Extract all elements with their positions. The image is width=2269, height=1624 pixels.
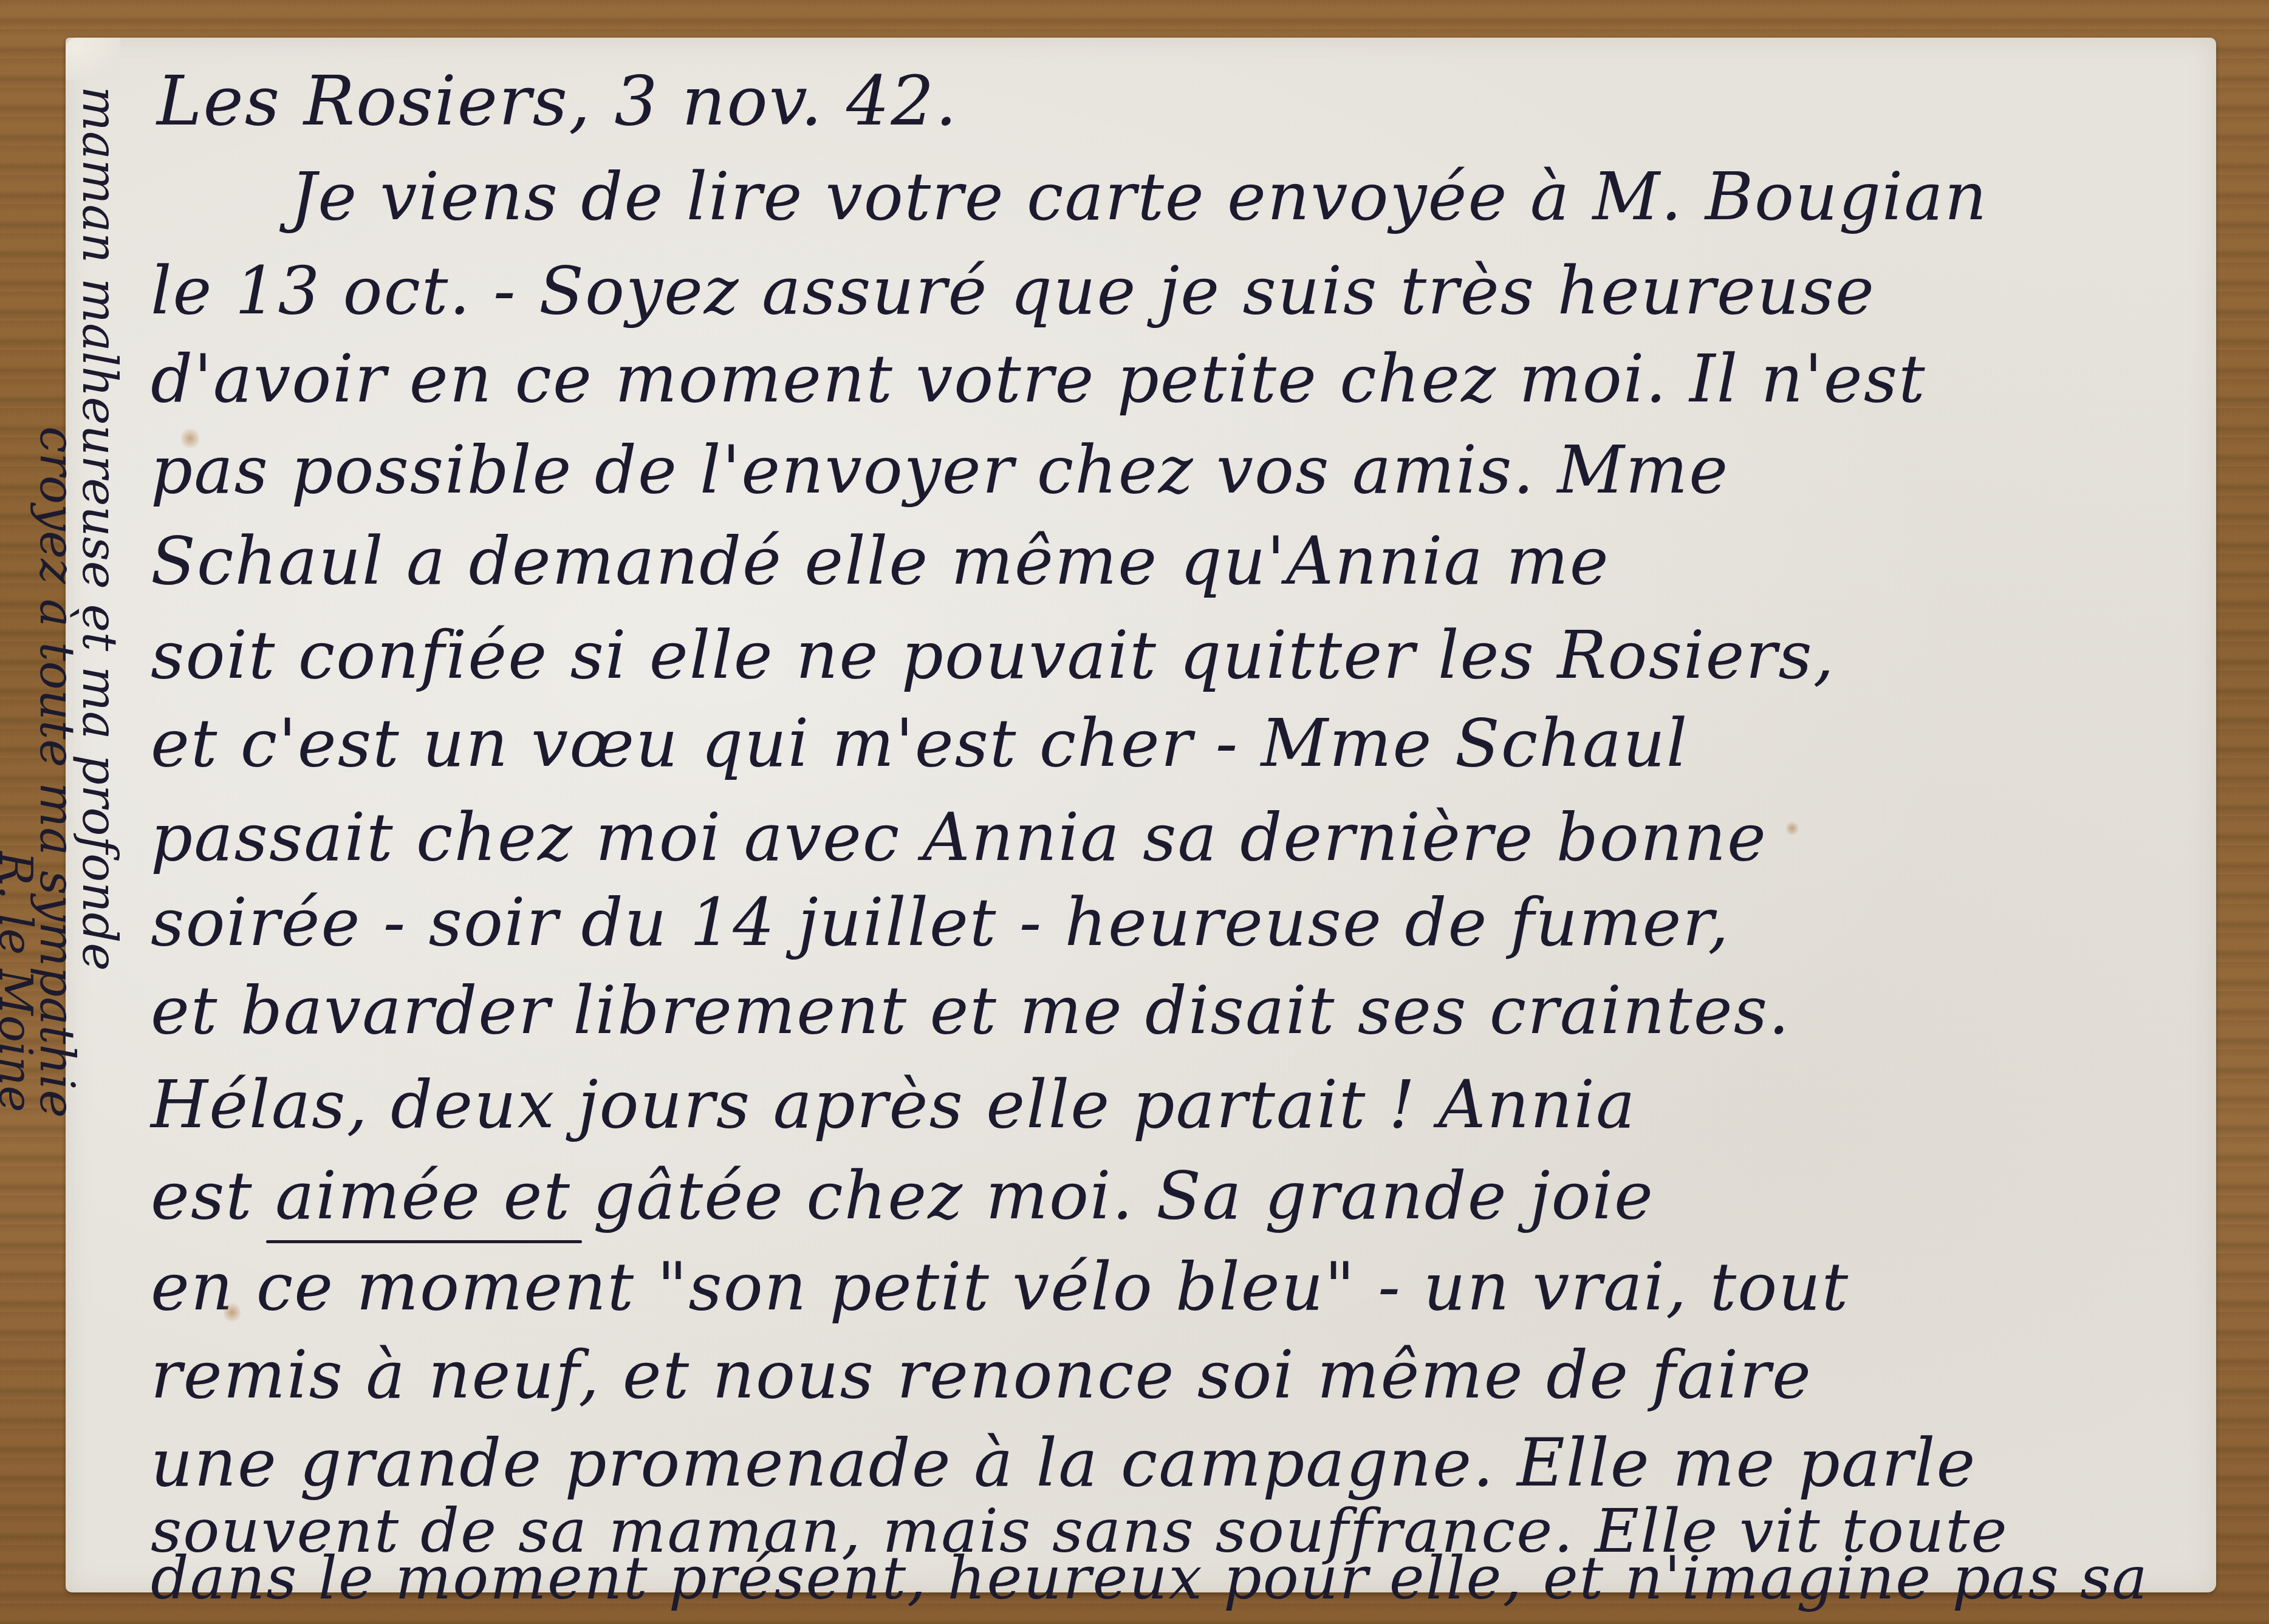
letter-line: remis à neuf, et nous renonce soi même d… bbox=[151, 1337, 1812, 1413]
letter-line: Hélas, deux jours après elle partait ! A… bbox=[151, 1067, 1636, 1143]
letter-line: soirée - soir du 14 juillet - heureuse d… bbox=[151, 885, 1730, 961]
underline-mark bbox=[266, 1240, 582, 1243]
letter-line: soit confiée si elle ne pouvait quitter … bbox=[151, 618, 1835, 694]
postcard: Les Rosiers, 3 nov. 42. Je viens de lire… bbox=[66, 38, 2216, 1592]
letter-line: dans le moment présent, heureux pour ell… bbox=[151, 1544, 2149, 1613]
paper-stain bbox=[224, 1301, 241, 1324]
margin-note-signature: R. le Moine bbox=[0, 851, 41, 1112]
letter-line: en ce moment "son petit vélo bleu" - un … bbox=[151, 1249, 1849, 1325]
letter-line: pas possible de l'envoyer chez vos amis.… bbox=[151, 432, 1729, 508]
letter-line: Je viens de lire votre carte envoyée à M… bbox=[290, 159, 1988, 235]
letter-line: Schaul a demandé elle même qu'Annia me bbox=[151, 524, 1610, 599]
paper-stain bbox=[1785, 821, 1799, 836]
letter-line: passait chez moi avec Annia sa dernière … bbox=[151, 800, 1767, 876]
paper-stain bbox=[181, 426, 199, 451]
letter-line: et c'est un vœu qui m'est cher - Mme Sch… bbox=[151, 706, 1688, 782]
letter-line: le 13 oct. - Soyez assuré que je suis tr… bbox=[151, 253, 1875, 329]
letter-line: une grande promenade à la campagne. Elle… bbox=[151, 1425, 1976, 1501]
letter-line: et bavarder librement et me disait ses c… bbox=[151, 973, 1790, 1049]
letter-line: est aimée et gâtée chez moi. Sa grande j… bbox=[151, 1158, 1654, 1234]
postcard-header: Les Rosiers, 3 nov. 42. bbox=[157, 62, 958, 141]
letter-line: d'avoir en ce moment votre petite chez m… bbox=[151, 341, 1926, 417]
